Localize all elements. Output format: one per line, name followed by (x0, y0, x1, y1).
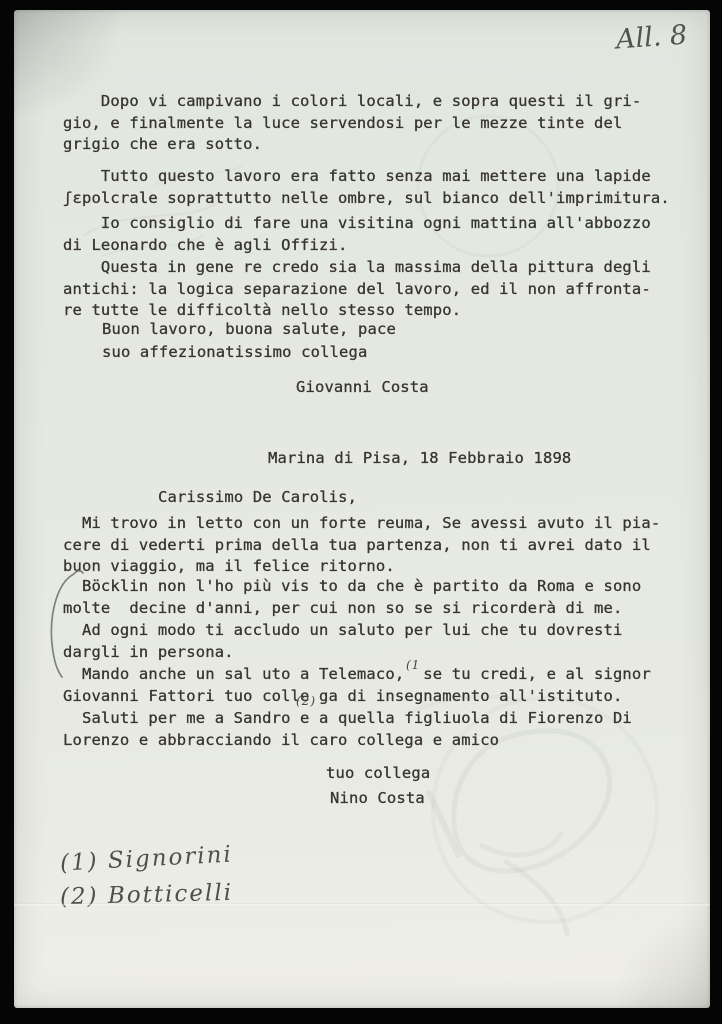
salutation: Carissimo De Carolis, (158, 487, 357, 509)
dateline: Marina di Pisa, 18 Febbraio 1898 (268, 448, 571, 470)
signature-nino-costa: Nino Costa (330, 788, 425, 810)
typed-paragraph-2: Tutto questo lavoro era fatto senza mai … (63, 166, 670, 209)
typed-paragraph-8: Mando anche un sal uto a Telemaco, se tu… (63, 664, 651, 707)
typed-farewell-lines: Buon lavoro, buona salute, pace suo affe… (102, 318, 396, 364)
photo-frame: All. 8 Dopo vi campivano i colori locali… (0, 0, 722, 1024)
typed-paragraph-3: Io consiglio di fare una visitina ogni m… (63, 213, 651, 256)
footnote-signorini: (1) Signorini (59, 841, 233, 876)
typed-paragraph-7: Ad ogni modo ti accludo un saluto per lu… (63, 620, 622, 663)
typed-paragraph-5: Mi trovo in letto con un forte reuma, Se… (63, 513, 660, 578)
typed-paragraph-9: Saluti per me a Sandro e a quella figliu… (63, 708, 632, 751)
signature-giovanni-costa: Giovanni Costa (296, 377, 429, 399)
typed-paragraph-4: Questa in gene re credo sia la massima d… (63, 257, 651, 322)
letter-page: All. 8 Dopo vi campivano i colori locali… (14, 10, 710, 1008)
typed-paragraph-1: Dopo vi campivano i colori locali, e sop… (63, 91, 641, 156)
typed-paragraph-6: Böcklin non l'ho più vis to da che è par… (63, 576, 641, 619)
handwritten-annotation-top-right: All. 8 (615, 20, 688, 56)
inline-note-marker-2: (2) (296, 694, 316, 708)
closing-line: tuo collega (326, 763, 430, 785)
inline-note-marker-1: (1 (406, 658, 420, 672)
footnote-botticelli: (2) Botticelli (60, 880, 234, 911)
